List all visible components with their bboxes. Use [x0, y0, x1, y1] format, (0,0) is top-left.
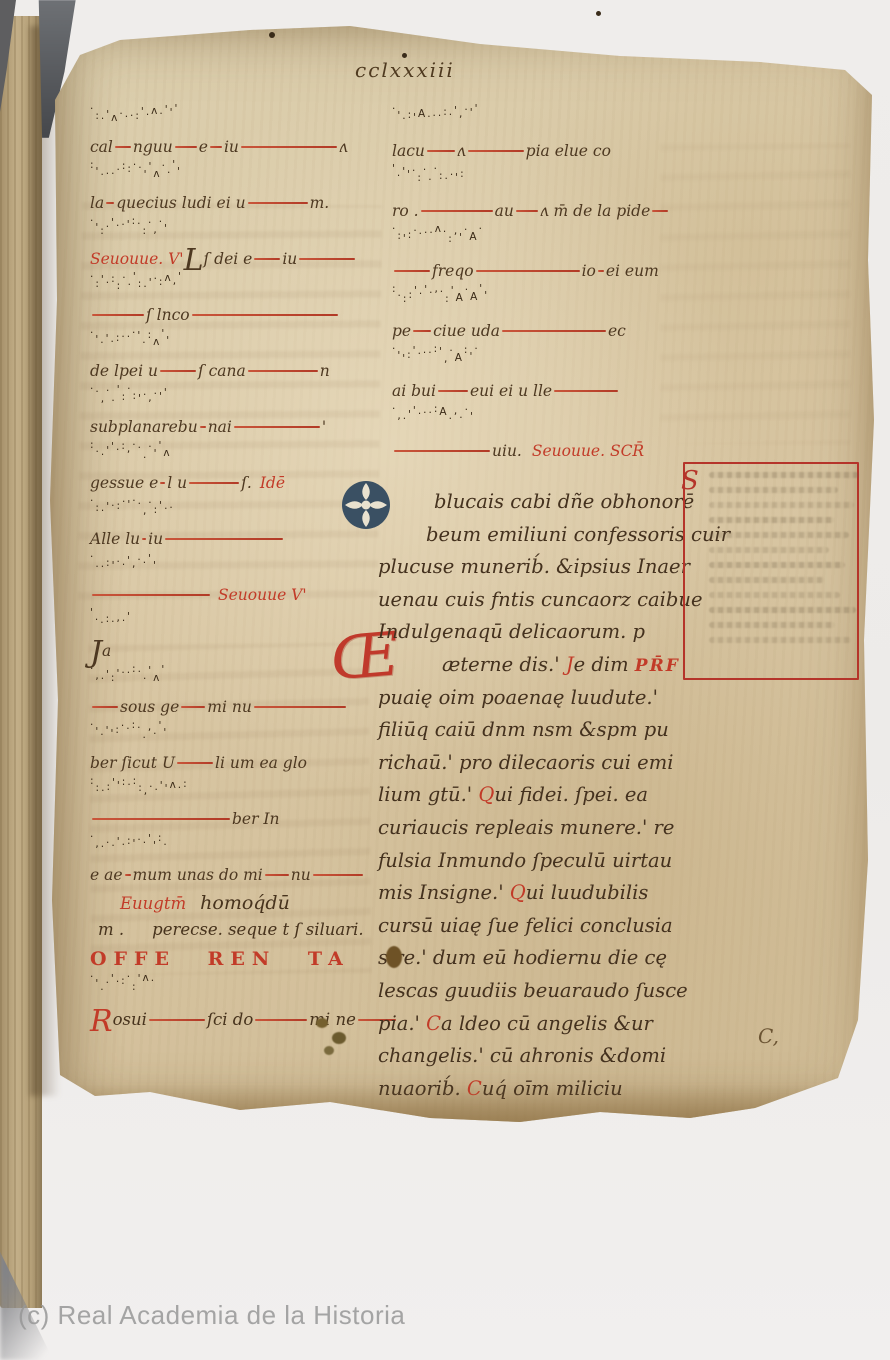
faded-text-line	[709, 487, 838, 493]
ink-text: ciue uda	[433, 322, 500, 340]
ink-text: mis Insigne.'	[378, 881, 510, 904]
copyright-watermark: (c) Real Academia de la Historia	[18, 1300, 405, 1331]
ink-text: homoq́dū	[200, 892, 290, 914]
lyric-row: ber ſicut Uli um ea glo	[90, 754, 402, 776]
ink-text: pia elue co	[526, 142, 611, 160]
manuscript-page: cclxxxiii ·: ·' ʌ· ·. :' ·ʌ ·' ''calnguu…	[40, 24, 878, 1130]
wormhole	[269, 32, 275, 38]
ink-text: ui luudubilis	[526, 881, 649, 904]
red-extension-rule	[125, 874, 131, 876]
red-extension-rule	[189, 482, 239, 484]
chant-line: :' ·. ··: :· ·' 'ʌ ·· ''laquecius ludi e…	[90, 164, 402, 216]
chant-line: ·' ':' ·. ·: ', ·A :' ·ai buieui ei u ll…	[392, 348, 702, 404]
neume-row: · ·, ·. ': ·: '· ,· ''	[90, 388, 402, 418]
prose-line: Indulgenaqū delicaorum. p	[378, 616, 708, 649]
rubric-text: Q	[478, 783, 494, 806]
faded-text-line	[709, 532, 849, 538]
neume-row: ·' ·: 'A ·. ·: ·' ,· ''	[392, 108, 702, 142]
lyric-row: ai buieui ei u lle	[392, 382, 702, 404]
ink-text: e ae	[90, 866, 123, 884]
red-extension-rule	[92, 314, 144, 316]
ink-text: changelis.' cū ahronis &domi	[378, 1044, 666, 1067]
lyric-row: laquecius ludi ei um.	[90, 194, 402, 216]
red-extension-rule	[313, 874, 363, 876]
faded-text-line	[709, 592, 840, 598]
red-extension-rule	[502, 330, 606, 332]
lyric-row: lacuʌpia elue co	[392, 142, 702, 164]
neume-row: ·. ·: '· ·' ,· ·''	[90, 556, 402, 586]
ink-text: Alle lu	[90, 530, 140, 548]
ink-text: ber In	[232, 810, 280, 828]
lyric-row: ber In	[90, 810, 402, 832]
rubric-text: C	[426, 1012, 441, 1035]
rubric-text: J	[566, 653, 574, 676]
red-extension-rule	[468, 150, 524, 152]
ink-text: ʌ	[457, 142, 466, 160]
red-extension-rule	[210, 146, 222, 148]
rubric-text: Q	[510, 881, 526, 904]
ink-text: freqo	[432, 262, 474, 280]
text-line: m .perecse. seque t ſ siluari.	[98, 920, 402, 948]
ink-text: sire.' dum eū hodiernu die cę	[378, 946, 667, 969]
faded-text-line	[709, 637, 851, 643]
neume-row: ·, ·· ·' ·: '· ·'' :·	[90, 836, 402, 866]
ink-text: m.	[310, 194, 330, 212]
ink-text: eui ei u lle	[470, 382, 552, 400]
faded-text-line	[709, 607, 856, 613]
ink-text: nuaorib́.	[378, 1077, 467, 1100]
chant-line: ·: ·' ʌ· ·. :' ·ʌ ·' ''calnguueiuʌ	[90, 108, 402, 160]
ink-text: osui	[113, 1010, 147, 1029]
ink-text: curiaucis repleais munere.' re	[378, 816, 674, 839]
chant-line: ·. ·: '· ·' ,· ·''Seuouue V'	[90, 556, 402, 608]
faded-text-line	[709, 502, 854, 508]
ink-text: ai bui	[392, 382, 436, 400]
neume-row: ·' .·' · :· : ' ʌ ·	[90, 976, 402, 1006]
chant-line: ·' ·' ':· ·: ·. ,· ''ber ſicut Uli um ea…	[90, 724, 402, 776]
red-extension-rule	[200, 426, 206, 428]
ink-text: e dim	[574, 653, 635, 676]
red-extension-rule	[175, 146, 197, 148]
ink-text: pia.'	[378, 1012, 426, 1035]
prose-line: nuaorib́. Cuq́ oīm miliciu	[378, 1073, 708, 1106]
ink-text: ſ dei e	[203, 250, 252, 268]
ink-text: io	[582, 262, 596, 280]
ink-text: richaū.' pro dilecaoris cui emi	[378, 751, 673, 774]
ink-text: plucuse munerib́. &ipsius Inaer	[378, 555, 690, 578]
faded-text-line	[709, 547, 829, 553]
ink-text: L	[184, 243, 204, 278]
marginal-note-initial: S	[681, 466, 699, 496]
ink-text: sous ge	[120, 698, 179, 716]
ink-text: puaię oim poaenaę luudute.'	[378, 686, 658, 709]
neume-only-line: ·' .·' · :· : ' ʌ ·	[90, 976, 402, 1006]
ink-stain	[324, 1046, 334, 1055]
red-extension-rule	[92, 818, 230, 820]
neume-row: ·: ·' ʌ· ·. :' ·ʌ ·' ''	[90, 108, 402, 138]
prose-line: richaū.' pro dilecaoris cui emi	[378, 747, 708, 780]
faded-text-line	[709, 472, 859, 478]
lyric-row: subplanarebunai'	[90, 418, 402, 440]
faded-marginal-text	[695, 472, 851, 643]
red-extension-rule	[516, 210, 538, 212]
ink-text: ſ cana	[198, 362, 246, 380]
red-extension-rule	[421, 210, 493, 212]
ink-text: filiūq caiū dnm nsm &spm pu	[378, 718, 669, 741]
rubric-text: R	[90, 1004, 113, 1039]
ink-text: uenau cuis fntis cuncaorz caibue	[378, 588, 703, 611]
ink-text: mum unas do mi	[133, 866, 263, 884]
red-extension-rule	[160, 482, 165, 484]
prose-line: æterne dis.' Je dim PR̄F	[442, 649, 708, 682]
prose-line: curiaucis repleais munere.' re	[378, 812, 708, 845]
lyric-row: Seuouue V'	[90, 586, 402, 608]
faded-text-line	[709, 622, 835, 628]
ink-text: a	[102, 642, 111, 660]
red-extension-rule	[598, 270, 604, 272]
lyric-row: e aemum unas do minu	[90, 866, 402, 888]
red-extension-rule	[476, 270, 580, 272]
prose-line: lium gtū.' Qui fidei. ſpei. ea	[378, 779, 708, 812]
wormhole	[596, 11, 601, 16]
ink-text: uq́ oīm miliciu	[482, 1077, 623, 1100]
text-line: Rosuiſci domi ne	[90, 1010, 402, 1038]
ink-text: iu	[282, 250, 297, 268]
neume-row: ·: ':· ·. ·ʌ ·: ,' ·A ·	[392, 228, 702, 262]
ink-text: iu	[148, 530, 163, 548]
neume-row: :: ·:' ': ·:: ,· ·' 'ʌ ·:	[90, 780, 402, 810]
ink-text: cal	[90, 138, 113, 156]
rubric-text: C	[467, 1077, 482, 1100]
red-extension-rule	[115, 146, 131, 148]
ink-text: a ldeo cū angelis &ur	[441, 1012, 653, 1035]
ink-text: ec	[608, 322, 626, 340]
prose-line: filiūq caiū dnm nsm &spm pu	[378, 714, 708, 747]
neume-row: ·' ·' ·:. ·· '· :ʌ ''	[90, 332, 402, 362]
prose-line: sire.' dum eū hodiernu die cę	[378, 942, 708, 975]
faded-text-line	[709, 517, 834, 523]
chant-line: ·, ·'' ·. ·: A· ,· ·'uiu.Seuouue. SCR̄	[392, 408, 702, 464]
red-extension-rule	[149, 1019, 205, 1021]
ink-text: ʌ m̄ de la pide	[540, 202, 650, 220]
red-extension-rule	[255, 1019, 307, 1021]
pen-trial-mark: C,	[758, 1024, 779, 1048]
ink-text: blucais cabi dñe obhonorē	[434, 490, 694, 513]
rubric-text: Seuouue V'	[218, 586, 307, 604]
left-chant-column: ·: ·' ʌ· ·. :' ·ʌ ·' ''calnguueiuʌ:' ·. …	[90, 108, 402, 1038]
ink-text: m .	[98, 920, 124, 939]
ink-text: quecius ludi ei u	[116, 194, 245, 212]
ink-text: ui fidei. ſpei. ea	[494, 783, 648, 806]
red-extension-rule	[254, 258, 280, 260]
ink-text: gessue e	[90, 474, 158, 492]
faded-text-line	[709, 577, 824, 583]
ink-text: Indulgenaqū delicaorum. p	[378, 620, 645, 643]
rubric-text: PR̄F	[635, 656, 680, 676]
prose-line: uenau cuis fntis cuncaorz caibue	[378, 584, 708, 617]
ink-text: ſ lnco	[146, 306, 190, 324]
neume-row: :' ·. ··: :· ·' 'ʌ ·· ''	[90, 164, 402, 194]
prose-text-block: blucais cabi dñe obhonorēbeum emiliuni c…	[378, 486, 708, 1105]
ink-stain	[332, 1032, 346, 1044]
chant-line: :: ·:' ': ·:: ,· ·' 'ʌ ·:ber In	[90, 780, 402, 832]
neume-row: '·' '·: ·. ·: ·· ':	[392, 168, 702, 202]
chant-line: ·' ·: 'A ·. ·: ·' ,· ''lacuʌpia elue co	[392, 108, 702, 164]
chant-line: · ·, ·. ': ·: '· ,· ''subplanarebunai'	[90, 388, 402, 440]
ink-text: iu	[224, 138, 239, 156]
ink-text: '	[322, 418, 326, 436]
prose-line: blucais cabi dñe obhonorē	[434, 486, 708, 519]
red-extension-rule	[106, 202, 114, 204]
lyric-row: ro .auʌ m̄ de la pide	[392, 202, 702, 224]
ink-text: l u	[167, 474, 187, 492]
ink-text: la	[90, 194, 104, 212]
red-extension-rule	[427, 150, 455, 152]
rubric-text: Seuouue. SCR̄	[532, 442, 644, 460]
chant-line: ·' :·' ·. ': ·: ·, ·'Seuouue. V'Lſ dei e…	[90, 220, 402, 272]
prose-line: beum emiliuni confessoris cuir	[426, 519, 708, 552]
ink-text: ro .	[392, 202, 419, 220]
ink-text: ber ſicut U	[90, 754, 175, 772]
red-extension-rule	[192, 314, 338, 316]
ink-text: fulsia Inmundo ſpeculū uirtau	[378, 849, 672, 872]
neume-row: ·:' ·:: ·· ': ·'· :ʌ ,'	[90, 276, 402, 306]
folio-number: cclxxxiii	[355, 58, 455, 82]
right-chant-column: ·' ·: 'A ·. ·: ·' ,· ''lacuʌpia elue co'…	[392, 108, 702, 468]
prose-line: mis Insigne.' Qui luudubilis	[378, 877, 708, 910]
neume-row: ·, ·'' ·. ·: A· ,· ·'	[392, 408, 702, 442]
red-extension-rule	[413, 330, 431, 332]
lyric-row: sous gemi nu	[90, 698, 402, 720]
red-extension-rule	[241, 146, 337, 148]
ink-text: ʌ	[339, 138, 348, 156]
ink-text: de lpei u	[90, 362, 158, 380]
ink-text: nai	[208, 418, 232, 436]
chant-line: ·:' ·:: ·· ': ·'· :ʌ ,'ſ lnco	[90, 276, 402, 328]
red-extension-rule	[92, 594, 210, 596]
rubric-text: OFFE REN TA	[90, 948, 350, 970]
neume-row: ·' :·' ·. ': ·: ·, ·'	[90, 220, 402, 250]
neume-row: :· ::' ·' ·, ·: 'A ·A ''	[392, 288, 702, 322]
ink-text: cursū uiaę ſue felici conclusia	[378, 914, 673, 937]
ink-text: uiu.	[492, 442, 522, 460]
prose-line: changelis.' cū ahronis &domi	[378, 1040, 708, 1073]
lyric-row: calnguueiuʌ	[90, 138, 402, 160]
marginal-note-box: S	[683, 462, 859, 680]
ink-text: li um ea glo	[215, 754, 307, 772]
lyric-row: peciue udaec	[392, 322, 702, 344]
red-extension-rule	[254, 706, 346, 708]
ink-text: nu	[291, 866, 311, 884]
faded-text-line	[709, 562, 845, 568]
ink-text: ſci do	[207, 1010, 253, 1029]
rubric-text: Euugtm̄	[120, 894, 186, 913]
chant-line: ·' ·' ·:. ·· '· :ʌ ''de lpei uſ canan	[90, 332, 402, 384]
ink-text: n	[320, 362, 330, 380]
red-extension-rule	[234, 426, 320, 428]
lyric-row: freqoioei eum	[392, 262, 702, 284]
ink-text: lium gtū.'	[378, 783, 478, 806]
red-extension-rule	[248, 370, 318, 372]
chant-line: '·' '·: ·. ·: ·· ':ro .auʌ m̄ de la pide	[392, 168, 702, 224]
lyric-row: uiu.Seuouue. SCR̄	[392, 442, 702, 464]
ink-text: mi nu	[207, 698, 252, 716]
prose-line: plucuse munerib́. &ipsius Inaer	[378, 551, 708, 584]
ink-text: pe	[392, 322, 411, 340]
neume-row: ·' ·' ':· ·: ·. ,· ''	[90, 724, 402, 754]
prose-line: pia.' Ca ldeo cū angelis &ur	[378, 1008, 708, 1041]
rubric-text: Seuouue. V'	[90, 250, 184, 268]
prose-line: lescas guudiis beuaraudo ſusce	[378, 975, 708, 1008]
ink-stain	[386, 946, 402, 968]
prose-line: fulsia Inmundo ſpeculū uirtau	[378, 845, 708, 878]
red-extension-rule	[554, 390, 618, 392]
red-extension-rule	[265, 874, 289, 876]
text-line: Euugtm̄homoq́dū	[120, 892, 402, 920]
red-extension-rule	[438, 390, 468, 392]
red-extension-rule	[394, 450, 490, 452]
red-extension-rule	[248, 202, 308, 204]
lyric-row: ſ lnco	[90, 306, 402, 328]
ink-text: ſ.	[241, 474, 252, 492]
chant-line: ·, ·· ·' ·: '· ·'' :·e aemum unas do min…	[90, 836, 402, 888]
ink-text: subplanarebu	[90, 418, 198, 436]
ink-text: æterne dis.'	[442, 653, 566, 676]
red-extension-rule	[165, 538, 283, 540]
lyric-row: de lpei uſ canan	[90, 362, 402, 384]
red-extension-rule	[299, 258, 355, 260]
lyric-row: Seuouue. V'Lſ dei eiu	[90, 250, 402, 272]
ink-stain	[316, 1018, 328, 1028]
red-extension-rule	[652, 210, 668, 212]
neume-row: ·' ':' ·. ·: ', ·A :' ·	[392, 348, 702, 382]
red-extension-rule	[92, 706, 118, 708]
ink-text: lacu	[392, 142, 425, 160]
rubric-text: Idē	[260, 474, 285, 492]
ink-text: perecse. seque t ſ siluari.	[152, 920, 364, 939]
text-line: OFFE REN TA	[90, 948, 402, 976]
chant-line: :· ::' ·' ·, ·: 'A ·A ''peciue udaec	[392, 288, 702, 344]
ink-text: ei eum	[606, 262, 659, 280]
red-extension-rule	[181, 706, 205, 708]
ink-text: lescas guudiis beuaraudo ſusce	[378, 979, 688, 1002]
wormhole	[402, 53, 407, 58]
ink-text: e	[199, 138, 208, 156]
ink-text: au	[495, 202, 514, 220]
red-extension-rule	[177, 762, 213, 764]
red-extension-rule	[142, 538, 146, 540]
prose-line: cursū uiaę ſue felici conclusia	[378, 910, 708, 943]
red-extension-rule	[160, 370, 196, 372]
chant-line: ·: ':· ·. ·ʌ ·: ,' ·A ·freqoioei eum	[392, 228, 702, 284]
red-extension-rule	[394, 270, 430, 272]
neume-row: :· ·'' ·: ,· ·. ·' 'ʌ	[90, 444, 402, 474]
ink-text: nguu	[133, 138, 173, 156]
prose-line: puaię oim poaenaę luudute.'	[378, 682, 708, 715]
